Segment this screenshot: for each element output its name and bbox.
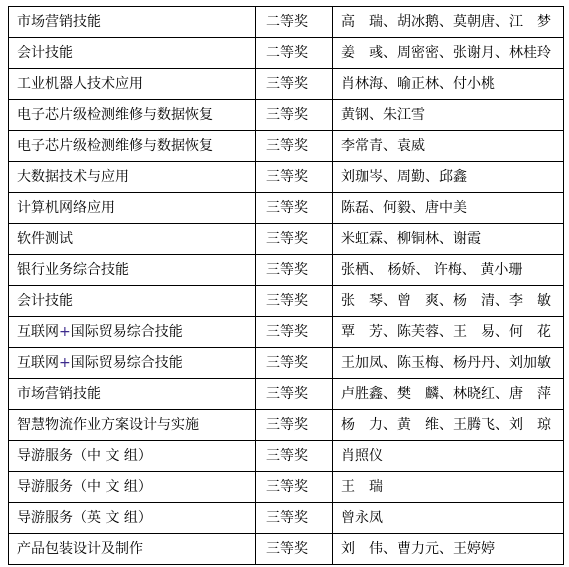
prize-cell: 三等奖 [256, 162, 333, 193]
event-cell: 互联网+国际贸易综合技能 [9, 348, 256, 379]
event-cell: 大数据技术与应用 [9, 162, 256, 193]
prize-cell: 二等奖 [256, 38, 333, 69]
table-row: 导游服务（英 文 组） 三等奖 曾永凤 [9, 503, 564, 534]
plus-sign: + [59, 324, 71, 340]
prize-cell: 二等奖 [256, 7, 333, 38]
event-text: 国际贸易综合技能 [71, 355, 183, 371]
names-cell: 陈磊、何毅、唐中美 [333, 193, 564, 224]
event-cell: 市场营销技能 [9, 7, 256, 38]
table-row: 银行业务综合技能 三等奖 张栖、 杨娇、 许梅、 黄小珊 [9, 255, 564, 286]
event-cell: 会计技能 [9, 38, 256, 69]
event-cell: 软件测试 [9, 224, 256, 255]
table-row: 产品包装设计及制作 三等奖 刘 伟、曹力元、王婷婷 [9, 534, 564, 565]
table-row: 电子芯片级检测维修与数据恢复 三等奖 黄钢、朱江雪 [9, 100, 564, 131]
table-row: 市场营销技能 二等奖 高 瑞、胡冰鹅、莫朝唐、江 梦 [9, 7, 564, 38]
event-cell: 导游服务（中 文 组） [9, 472, 256, 503]
prize-cell: 三等奖 [256, 472, 333, 503]
names-cell: 王加凤、陈玉梅、杨丹丹、刘加敏 [333, 348, 564, 379]
event-cell: 互联网+国际贸易综合技能 [9, 317, 256, 348]
event-cell: 银行业务综合技能 [9, 255, 256, 286]
prize-cell: 三等奖 [256, 534, 333, 565]
names-cell: 刘 伟、曹力元、王婷婷 [333, 534, 564, 565]
table-row: 导游服务（中 文 组） 三等奖 肖照仪 [9, 441, 564, 472]
award-table: 市场营销技能 二等奖 高 瑞、胡冰鹅、莫朝唐、江 梦 会计技能 二等奖 姜 彧、… [8, 6, 564, 565]
names-cell: 李常青、袁威 [333, 131, 564, 162]
prize-cell: 三等奖 [256, 410, 333, 441]
names-cell: 张 琴、曾 爽、杨 清、李 敏 [333, 286, 564, 317]
names-cell: 杨 力、黄 维、王腾飞、刘 琼 [333, 410, 564, 441]
names-cell: 曾永凤 [333, 503, 564, 534]
event-cell: 产品包装设计及制作 [9, 534, 256, 565]
names-cell: 姜 彧、周密密、张谢月、林桂玲 [333, 38, 564, 69]
prize-cell: 三等奖 [256, 286, 333, 317]
prize-cell: 三等奖 [256, 69, 333, 100]
prize-cell: 三等奖 [256, 224, 333, 255]
table-row: 计算机网络应用 三等奖 陈磊、何毅、唐中美 [9, 193, 564, 224]
event-cell: 市场营销技能 [9, 379, 256, 410]
table-row: 电子芯片级检测维修与数据恢复 三等奖 李常青、袁威 [9, 131, 564, 162]
names-cell: 黄钢、朱江雪 [333, 100, 564, 131]
plus-sign: + [59, 355, 71, 371]
prize-cell: 三等奖 [256, 503, 333, 534]
table-row: 智慧物流作业方案设计与实施 三等奖 杨 力、黄 维、王腾飞、刘 琼 [9, 410, 564, 441]
names-cell: 肖照仪 [333, 441, 564, 472]
prize-cell: 三等奖 [256, 255, 333, 286]
table-row: 软件测试 三等奖 米虹霖、柳铜林、谢霞 [9, 224, 564, 255]
names-cell: 王 瑞 [333, 472, 564, 503]
table-row: 大数据技术与应用 三等奖 刘珈岑、周勤、邱鑫 [9, 162, 564, 193]
prize-cell: 三等奖 [256, 193, 333, 224]
prize-cell: 三等奖 [256, 131, 333, 162]
prize-cell: 三等奖 [256, 348, 333, 379]
names-cell: 米虹霖、柳铜林、谢霞 [333, 224, 564, 255]
names-cell: 刘珈岑、周勤、邱鑫 [333, 162, 564, 193]
event-cell: 会计技能 [9, 286, 256, 317]
event-cell: 导游服务（中 文 组） [9, 441, 256, 472]
table-row: 会计技能 三等奖 张 琴、曾 爽、杨 清、李 敏 [9, 286, 564, 317]
prize-cell: 三等奖 [256, 441, 333, 472]
names-cell: 肖林海、喻正林、付小桃 [333, 69, 564, 100]
event-text: 互联网 [17, 324, 59, 340]
table-row: 互联网+国际贸易综合技能 三等奖 王加凤、陈玉梅、杨丹丹、刘加敏 [9, 348, 564, 379]
prize-cell: 三等奖 [256, 379, 333, 410]
prize-cell: 三等奖 [256, 100, 333, 131]
event-cell: 导游服务（英 文 组） [9, 503, 256, 534]
event-cell: 电子芯片级检测维修与数据恢复 [9, 131, 256, 162]
table-row: 会计技能 二等奖 姜 彧、周密密、张谢月、林桂玲 [9, 38, 564, 69]
names-cell: 覃 芳、陈芙蓉、王 易、何 花 [333, 317, 564, 348]
table-row: 市场营销技能 三等奖 卢胜鑫、樊 麟、林晓红、唐 萍 [9, 379, 564, 410]
table-row: 互联网+国际贸易综合技能 三等奖 覃 芳、陈芙蓉、王 易、何 花 [9, 317, 564, 348]
event-cell: 智慧物流作业方案设计与实施 [9, 410, 256, 441]
prize-cell: 三等奖 [256, 317, 333, 348]
event-text: 国际贸易综合技能 [71, 324, 183, 340]
names-cell: 高 瑞、胡冰鹅、莫朝唐、江 梦 [333, 7, 564, 38]
event-cell: 电子芯片级检测维修与数据恢复 [9, 100, 256, 131]
names-cell: 卢胜鑫、樊 麟、林晓红、唐 萍 [333, 379, 564, 410]
table-row: 工业机器人技术应用 三等奖 肖林海、喻正林、付小桃 [9, 69, 564, 100]
event-text: 互联网 [17, 355, 59, 371]
names-cell: 张栖、 杨娇、 许梅、 黄小珊 [333, 255, 564, 286]
event-cell: 计算机网络应用 [9, 193, 256, 224]
table-row: 导游服务（中 文 组） 三等奖 王 瑞 [9, 472, 564, 503]
event-cell: 工业机器人技术应用 [9, 69, 256, 100]
